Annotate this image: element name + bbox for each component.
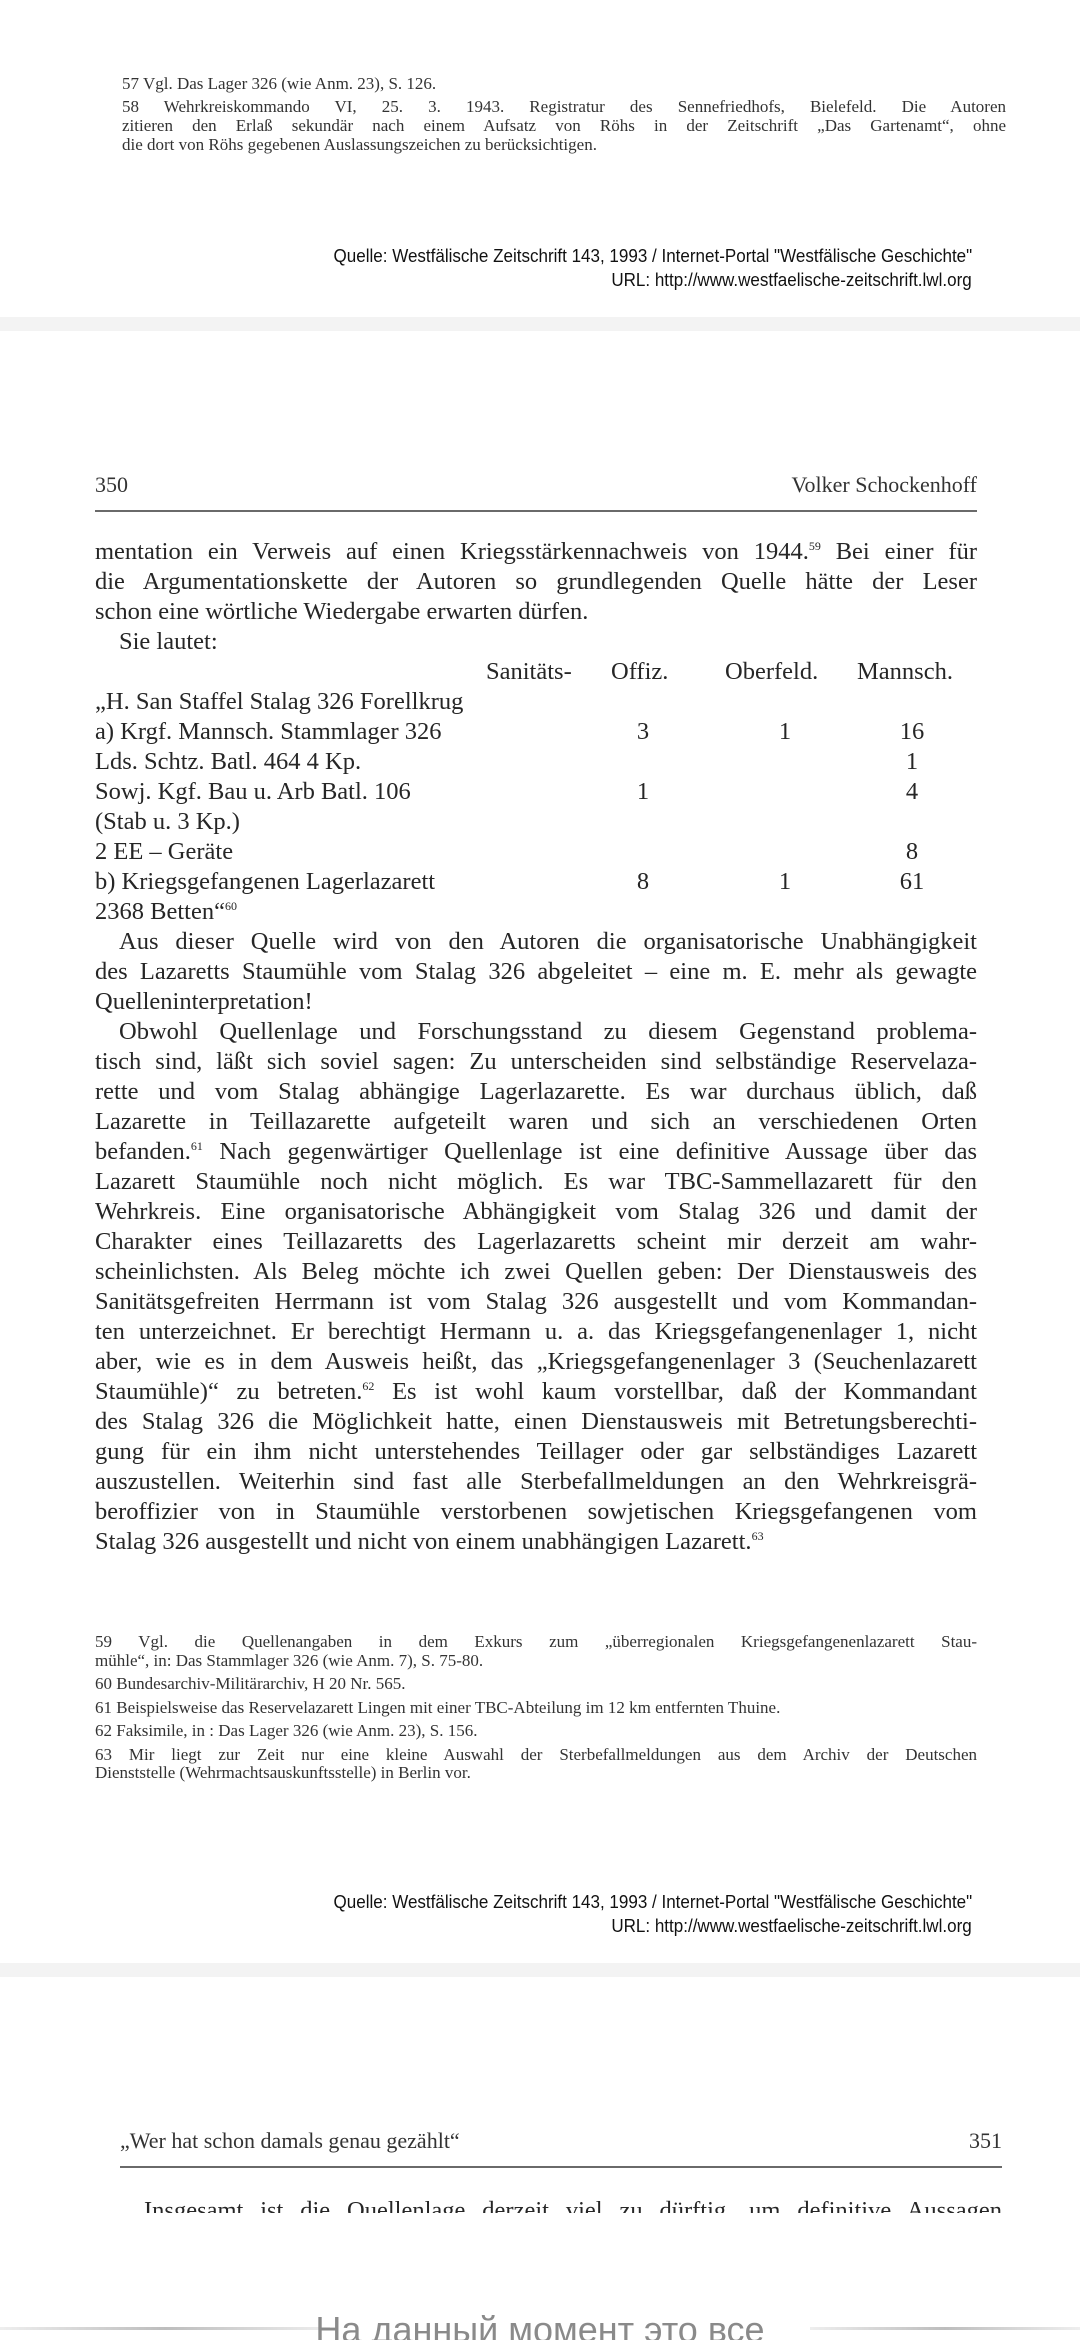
text-line: Quelleninterpretation! bbox=[95, 987, 977, 1017]
text-line: Staumühle)“ zu betreten.62 Es ist wohl k… bbox=[95, 1377, 977, 1407]
source-note-url[interactable]: URL: http://www.westfaelische-zeitschrif… bbox=[612, 1914, 972, 1938]
text-line: beroffizier von in Staumühle verstorbene… bbox=[95, 1497, 977, 1527]
text-line-partial: Insgesamt ist die Quellenlage derzeit vi… bbox=[120, 2196, 1002, 2213]
page-separator bbox=[0, 317, 1080, 331]
table-row: 2 EE – Geräte 8 bbox=[95, 837, 977, 867]
source-note-line-1: Quelle: Westfälische Zeitschrift 143, 19… bbox=[333, 1890, 972, 1914]
running-head-author: Volker Schockenhoff bbox=[791, 472, 977, 498]
footnote-59: 59 Vgl. die Quellenangaben in dem Exkurs… bbox=[95, 1633, 977, 1670]
end-of-document-message: На данный момент это все bbox=[0, 2308, 1080, 2340]
partial-text-clip: Insgesamt ist die Quellenlage derzeit vi… bbox=[120, 2196, 1002, 2213]
text-line: Sanitätsgefreiten Herrmann ist vom Stala… bbox=[95, 1287, 977, 1317]
document-page-349-fragment: 57 Vgl. Das Lager 326 (wie Anm. 23), S. … bbox=[0, 0, 1080, 317]
footnote-60: 60 Bundesarchiv-Militärarchiv, H 20 Nr. … bbox=[95, 1675, 977, 1694]
page-number: 350 bbox=[95, 472, 128, 498]
column-header-sanitaets: Sanitäts- bbox=[486, 657, 572, 687]
footnote-63: 63 Mir liegt zur Zeit nur eine kleine Au… bbox=[95, 1746, 977, 1783]
page-separator bbox=[0, 1963, 1080, 1977]
table-row: Sowj. Kgf. Bau u. Arb Batl. 106 1 4 bbox=[95, 777, 977, 807]
footnotes-block: 57 Vgl. Das Lager 326 (wie Anm. 23), S. … bbox=[122, 74, 1006, 154]
text-line: aber, wie es in dem Ausweis heißt, das „… bbox=[95, 1347, 977, 1377]
text-line: schon eine wörtliche Wiedergabe erwarten… bbox=[95, 597, 977, 627]
footnote-ref-62[interactable]: 62 bbox=[362, 1379, 374, 1393]
source-note-line-1: Quelle: Westfälische Zeitschrift 143, 19… bbox=[333, 244, 972, 268]
footnote-58-line-3: die dort von Röhs gegebenen Auslassungsz… bbox=[122, 135, 1006, 154]
page-number: 351 bbox=[969, 2128, 1002, 2154]
footnote-57: 57 Vgl. Das Lager 326 (wie Anm. 23), S. … bbox=[122, 74, 1006, 93]
strength-table: Sanitäts- Offiz. Oberfeld. Mannsch. „H. … bbox=[95, 657, 977, 927]
header-rule bbox=[95, 510, 977, 512]
table-row: b) Kriegsgefangenen Lagerlazarett 8 1 61 bbox=[95, 867, 977, 897]
table-row: a) Krgf. Mannsch. Stammlager 326 3 1 16 bbox=[95, 717, 977, 747]
footnote-ref-60[interactable]: 60 bbox=[225, 899, 237, 913]
text-line: die Argumentationskette der Autoren so g… bbox=[95, 567, 977, 597]
table-row: Lds. Schtz. Batl. 464 4 Kp. 1 bbox=[95, 747, 977, 777]
header-rule bbox=[120, 2166, 1002, 2168]
text-line: Charakter eines Teillazaretts des Lagerl… bbox=[95, 1227, 977, 1257]
footnote-62: 62 Faksimile, in : Das Lager 326 (wie An… bbox=[95, 1722, 977, 1741]
text-line: Lazarette in Teillazarette aufgeteilt wa… bbox=[95, 1107, 977, 1137]
text-line: Stalag 326 ausgestellt und nicht von ein… bbox=[95, 1527, 977, 1557]
footnote-ref-61[interactable]: 61 bbox=[191, 1139, 203, 1153]
intro-paragraph: mentation ein Verweis auf einen Kriegsst… bbox=[95, 537, 977, 657]
running-head-title: „Wer hat schon damals genau gezählt“ bbox=[120, 2128, 460, 2154]
text-line: rette und vom Stalag abhängige Lagerlaza… bbox=[95, 1077, 977, 1107]
column-header-mannsch: Mannsch. bbox=[857, 657, 953, 687]
footnotes-block: 59 Vgl. die Quellenangaben in dem Exkurs… bbox=[95, 1633, 977, 1788]
table-header-row: Sanitäts- Offiz. Oberfeld. Mannsch. bbox=[95, 657, 977, 687]
text-line: Lazarett Staumühle noch nicht möglich. E… bbox=[95, 1167, 977, 1197]
text-line: ten unterzeichnet. Er berechtigt Hermann… bbox=[95, 1317, 977, 1347]
footnote-ref-63[interactable]: 63 bbox=[752, 1529, 764, 1543]
text-line: des Stalag 326 die Möglichkeit hatte, ei… bbox=[95, 1407, 977, 1437]
text-line: scheinlichsten. Als Beleg möchte ich zwe… bbox=[95, 1257, 977, 1287]
text-line: tisch sind, läßt sich soviel sagen: Zu u… bbox=[95, 1047, 977, 1077]
text-line: des Lazaretts Staumühle vom Stalag 326 a… bbox=[95, 957, 977, 987]
footnote-58-line-1: 58 Wehrkreiskommando VI, 25. 3. 1943. Re… bbox=[122, 97, 1006, 116]
table-row: (Stab u. 3 Kp.) bbox=[95, 807, 977, 837]
text-line: gung für ein ihm nicht unterstehendes Te… bbox=[95, 1437, 977, 1467]
text-line: mentation ein Verweis auf einen Kriegsst… bbox=[95, 537, 977, 567]
column-header-oberfeld: Oberfeld. bbox=[725, 657, 818, 687]
footnote-ref-59[interactable]: 59 bbox=[809, 539, 821, 553]
text-line: Sie lautet: bbox=[95, 627, 977, 657]
text-line: Obwohl Quellenlage und Forschungsstand z… bbox=[95, 1017, 977, 1047]
paragraph-1: Aus dieser Quelle wird von den Autoren d… bbox=[95, 927, 977, 1017]
footnote-61: 61 Beispielsweise das Reservelazarett Li… bbox=[95, 1699, 977, 1718]
text-line: auszustellen. Weiterhin sind fast alle S… bbox=[95, 1467, 977, 1497]
column-header-offiz: Offiz. bbox=[611, 657, 668, 687]
text-line: Aus dieser Quelle wird von den Autoren d… bbox=[95, 927, 977, 957]
text-line: Wehrkreis. Eine organisatorische Abhängi… bbox=[95, 1197, 977, 1227]
source-note-url[interactable]: URL: http://www.westfaelische-zeitschrif… bbox=[612, 268, 972, 292]
table-row: „H. San Staffel Stalag 326 Forellkrug bbox=[95, 687, 977, 717]
paragraph-2: Obwohl Quellenlage und Forschungsstand z… bbox=[95, 1017, 977, 1557]
footnote-58-line-2: zitieren den Erlaß sekundär nach einem A… bbox=[122, 116, 1006, 135]
text-line: befanden.61 Nach gegenwärtiger Quellenla… bbox=[95, 1137, 977, 1167]
table-row: 2368 Betten“60 bbox=[95, 897, 977, 927]
